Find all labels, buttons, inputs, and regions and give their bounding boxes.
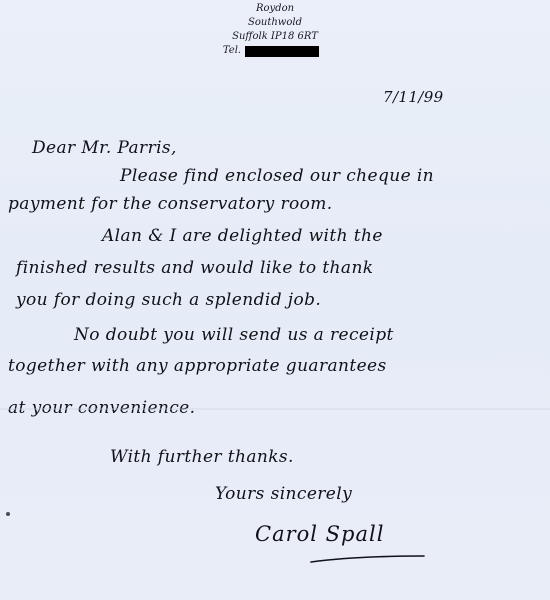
paragraph-3-line-1: No doubt you will send us a receipt <box>74 325 394 345</box>
paragraph-2-line-1: Alan & I are delighted with the <box>102 226 383 246</box>
paragraph-2-line-2: finished results and would like to thank <box>16 258 374 278</box>
signature: Carol Spall <box>255 522 384 546</box>
letterhead-house-name: Roydon <box>200 2 350 16</box>
paragraph-1-line-2: payment for the conservatory room. <box>8 194 333 214</box>
letter-date: 7/11/99 <box>383 88 444 106</box>
letterhead-county-postcode: Suffolk IP18 6RT <box>200 30 350 44</box>
signature-underline <box>310 555 425 563</box>
signoff: Yours sincerely <box>215 484 352 504</box>
scanned-letter: Roydon Southwold Suffolk IP18 6RT Tel. 7… <box>0 0 550 600</box>
redacted-telephone-number <box>245 46 319 57</box>
closing-line: With further thanks. <box>110 447 294 467</box>
paragraph-3-line-2: together with any appropriate guarantees <box>8 356 387 376</box>
paragraph-1-line-1: Please find enclosed our cheque in <box>120 166 434 186</box>
letterhead: Roydon Southwold Suffolk IP18 6RT Tel. <box>200 2 350 58</box>
telephone-label: Tel. <box>223 44 241 58</box>
letterhead-telephone: Tel. <box>192 44 350 58</box>
paragraph-2-line-3: you for doing such a splendid job. <box>16 290 321 310</box>
salutation: Dear Mr. Parris, <box>32 138 177 158</box>
paper-speck <box>6 512 10 516</box>
paragraph-3-line-3: at your convenience. <box>8 398 195 418</box>
letterhead-town: Southwold <box>200 16 350 30</box>
